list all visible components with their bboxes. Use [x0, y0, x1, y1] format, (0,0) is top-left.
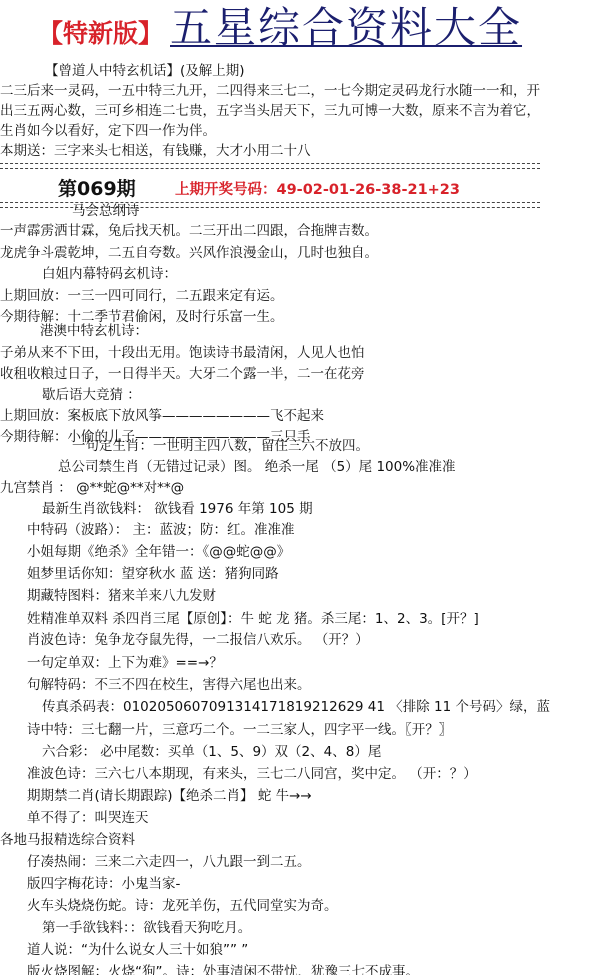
content-line: 各地马报精选综合资料	[0, 831, 135, 850]
content-line: 第一手欲钱料：：欲钱看天狗吃月。	[42, 919, 251, 938]
content-line: 版四字梅花诗：小鬼当家-	[27, 875, 180, 894]
content-line: 姐梦里话你知：望穿秋水 蓝 送：猪狗同路	[27, 565, 279, 584]
content-line: 子弟从来不下田，十段出无用。饱读诗书最清闲，人见人也怕	[0, 344, 365, 363]
content-line: 中特码（波路）： 主：蓝波；防：红。准准准	[27, 521, 295, 540]
content-line: 道人说：“为什么说女人三十如狼”” ”	[27, 941, 248, 960]
content-line: 一句定单双：上下为难》==→？	[27, 654, 223, 673]
content-line: 龙虎争斗震乾坤，二五自夸数。兴风作浪漫金山，几时也独自。	[0, 244, 378, 263]
intro-line: 出三五两心数，三可乡相连二七贵，五字当头居天下，三九可博一大数，原来不言为着它，	[0, 102, 540, 121]
content-line: 收租收粮过日子，一日得半天。大牙二个露一半，二一在花旁	[0, 365, 365, 384]
content-line: 火车头烧烧伤蛇。诗：龙死羊伤，五代同堂实为奇。	[27, 897, 338, 916]
content-line: 句解特码：不三不四在校生，害得六尾也出来。	[27, 676, 311, 695]
intro-line: 二三后来一灵码，一五中特三九开，二四得来三七二，一七今期定灵码龙行水随一一和，开	[0, 82, 540, 101]
content-line: 上期回放：一三一四可同行，二五跟来定有运。	[0, 287, 284, 306]
content-line: 肖波色诗：兔争龙夺鼠先得，一二报信八欢乐。 （开？）	[27, 631, 369, 650]
content-line: 九宫禁肖 ： @**蛇@**对**@	[0, 479, 184, 498]
intro-line: 本期送：三字来头七相送，有钱赚，大才小用二十八	[0, 142, 311, 161]
intro-line: 生肖如今以看好，定下四一作为伴。	[0, 122, 216, 141]
content-line: 仔凑热闹：三来二六走四一，八九跟一到二五。	[27, 853, 311, 872]
separator	[0, 163, 540, 169]
content-line: 白姐内幕特码玄机诗：	[42, 265, 177, 284]
content-line: 最新生肖欲钱料： 欲钱看 1976 年第 105 期	[42, 500, 313, 519]
content-line: 小姐每期《绝杀》全年错一：《@@蛇@@》	[27, 543, 290, 562]
edition-label: 【特新版】	[38, 14, 163, 50]
content-line: 版火烧图解：火烧“狗”。诗：处事清闲不带忧，犹豫三七不成事。	[27, 963, 419, 975]
content-line: 港澳中特玄机诗：	[40, 322, 148, 341]
content-line: 一句定生肖：一世明主四八数，留住三六不放四。	[72, 437, 369, 456]
header: 【特新版】 五星综合资料大全	[0, 0, 616, 60]
content-line: 六合彩： 必中尾数：买单（1、5、9）双（2、4、8）尾	[42, 743, 381, 762]
intro-heading: 【曾道人中特玄机话】(及解上期)	[45, 62, 245, 81]
page-title: 五星综合资料大全	[170, 4, 522, 52]
content-line: 一声霹雳洒甘霖，兔后找天机。二三开出二四跟，合拖牌吉数。	[0, 222, 378, 241]
issue-number: 第069期	[58, 174, 136, 201]
content-line: 姓精准单双料 杀四肖三尾【原创】：牛 蛇 龙 猪。杀三尾：1、2、3。[开？]	[27, 610, 479, 629]
content-line: 马会总纲诗	[72, 202, 140, 221]
content-line: 准波色诗：三六七八本期现，有来头，三七二八同宫，奖中定。 （开：？）	[27, 765, 477, 784]
content-line: 期藏特图料：猪来羊来八九发财	[27, 587, 216, 606]
content-line: 单不得了：叫哭连天	[27, 809, 149, 828]
content-line: 上期回放：案板底下放风筝————————飞不起来	[0, 407, 324, 426]
content-line: 传真杀码表：0102050607091314171819212629 41 〈排…	[42, 698, 550, 717]
content-line: 期期禁二肖(请长期跟踪)【绝杀二肖】 蛇 牛→→	[27, 787, 312, 806]
content-line: 歇后语大竞猜 ：	[42, 386, 141, 405]
previous-draw-numbers: 上期开奖号码：49-02-01-26-38-21+23	[175, 178, 460, 199]
content-line: 诗中特：三七翻一片，三意巧二个。一二三家人，四字平一线。〖开？〗	[27, 721, 452, 740]
content-line: 总公司禁生肖（无错过记录）图。 绝杀一尾 （5）尾 100%准准准	[58, 458, 456, 477]
